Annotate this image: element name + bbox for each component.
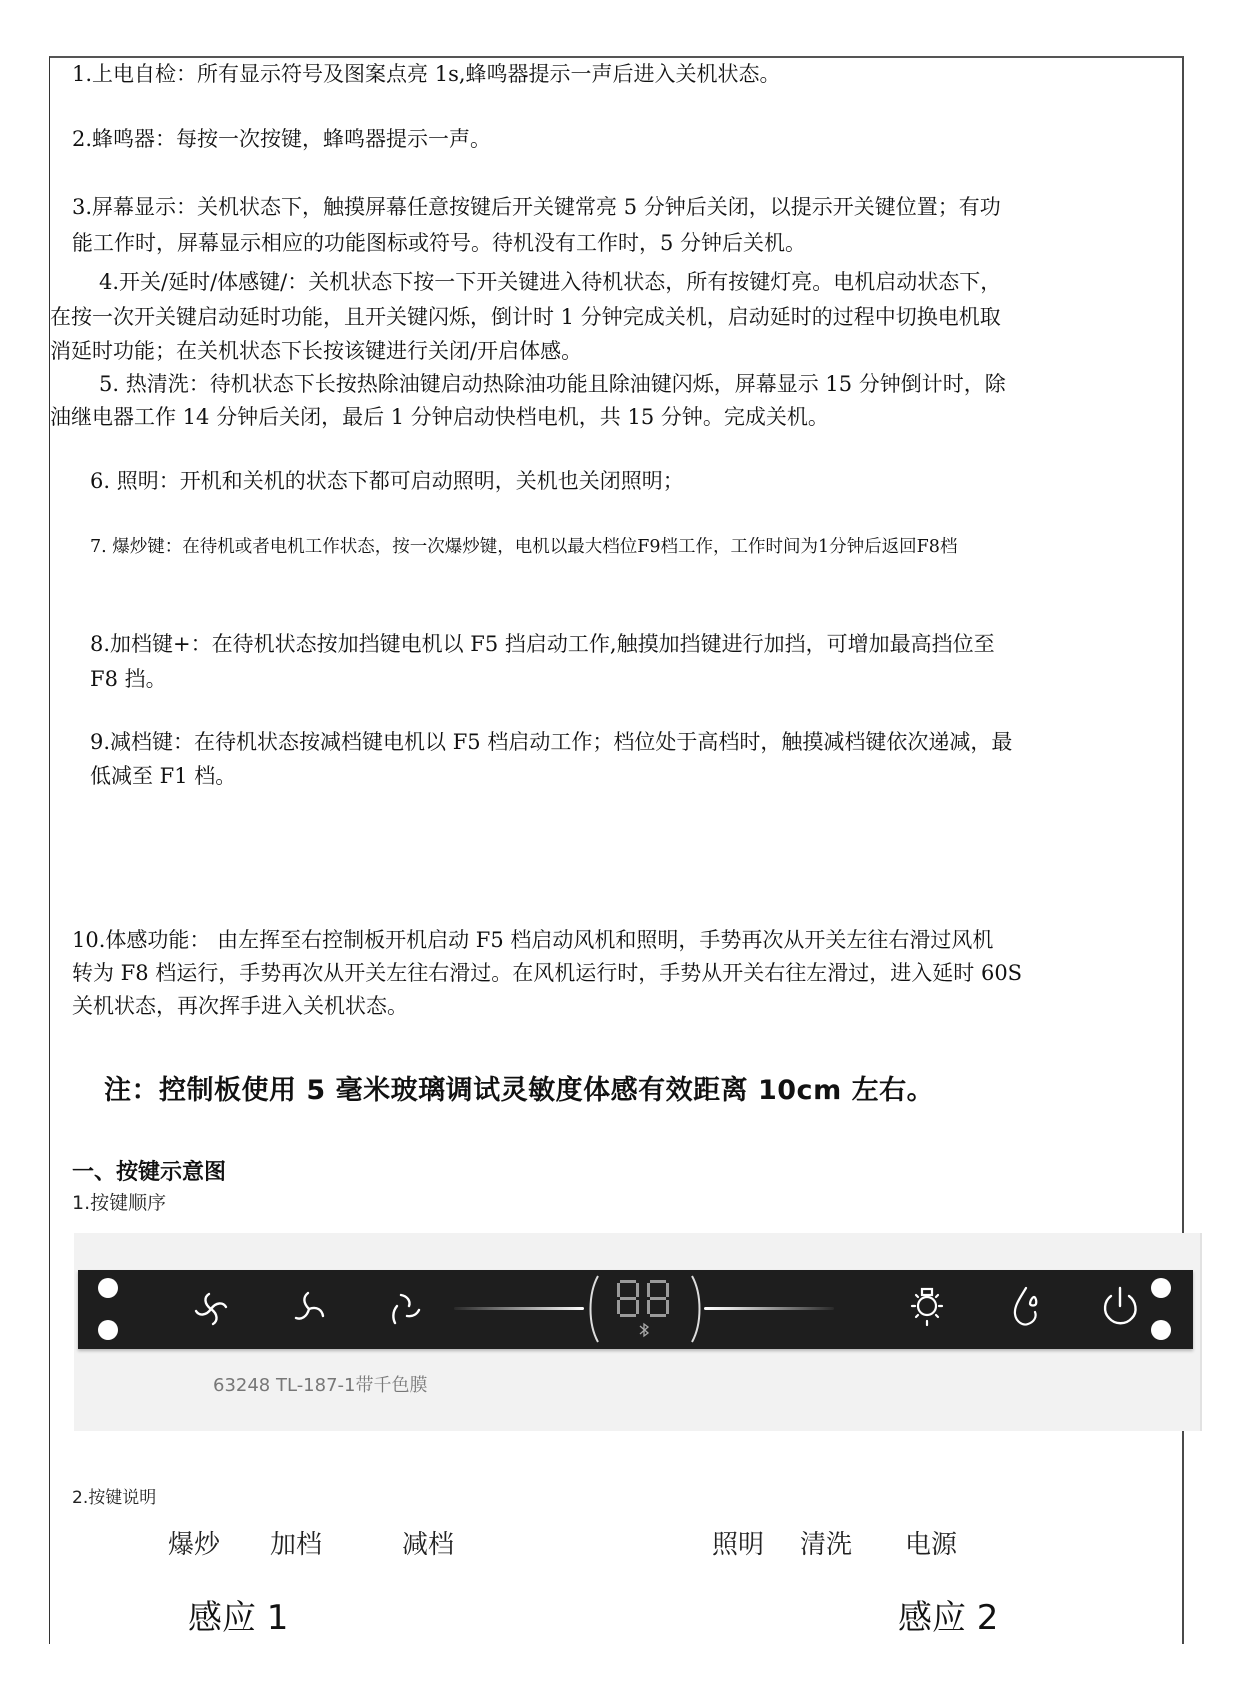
para-10-line-2: 转为 F8 档运行，手势再次从开关左往右滑过。在风机运行时，手势从开关右往左滑过… <box>72 958 1022 988</box>
para-3-line-2: 能工作时，屏幕显示相应的功能图标或符号。待机没有工作时，5 分钟后关机。 <box>72 228 806 258</box>
subsection-key-order: 1.按键顺序 <box>72 1188 166 1215</box>
sensor-dot-right-bottom <box>1151 1320 1171 1340</box>
para-8-line-2: F8 挡。 <box>90 664 167 694</box>
para-4-line-3: 消延时功能；在关机状态下长按该键进行关闭/开启体感。 <box>50 336 582 366</box>
section-title: 一、按键示意图 <box>72 1155 226 1186</box>
para-6-line-1: 6. 照明：开机和关机的状态下都可启动照明，关机也关闭照明； <box>90 466 684 496</box>
fan-speed-2-icon[interactable] <box>288 1288 330 1330</box>
seven-segment-display <box>584 1272 706 1347</box>
para-10-line-1: 10.体感功能： 由左挥至右控制板开机启动 F5 档启动风机和照明，手势再次从开… <box>72 925 993 955</box>
para-5-line-2: 油继电器工作 14 分钟后关闭，最后 1 分钟启动快档电机，共 15 分钟。完成… <box>50 402 829 432</box>
model-label: 63248 TL-187-1带千色膜 <box>213 1371 428 1397</box>
para-9-line-2: 低减至 F1 档。 <box>90 761 236 791</box>
sensor-dot-right-top <box>1151 1278 1171 1298</box>
power-icon[interactable] <box>1098 1284 1142 1330</box>
key-label-speed-down: 减档 <box>402 1524 454 1561</box>
control-panel <box>78 1270 1193 1349</box>
para-4-line-2: 在按一次开关键启动延时功能，且开关键闪烁，倒计时 1 分钟完成关机，启动延时的过… <box>50 302 1001 332</box>
light-bulb-icon[interactable] <box>907 1286 947 1330</box>
key-label-clean: 清洗 <box>800 1524 852 1561</box>
para-4-line-1: 4.开关/延时/体感键/：关机状态下按一下开关键进入待机状态，所有按键灯亮。电机… <box>99 267 1001 297</box>
para-7-line-1: 7. 爆炒键：在待机或者电机工作状态，按一次爆炒键，电机以最大档位F9档工作，工… <box>90 532 957 562</box>
control-panel-image: 63248 TL-187-1带千色膜 <box>74 1233 1202 1431</box>
sensor-1-label: 感应 1 <box>188 1590 288 1639</box>
key-label-speed-up: 加档 <box>270 1524 322 1561</box>
sensor-dot-left-bottom <box>98 1320 118 1340</box>
fan-speed-1-icon[interactable] <box>190 1288 232 1330</box>
subsection-key-description: 2.按键说明 <box>72 1483 156 1508</box>
sensitivity-note: 注：控制板使用 5 毫米玻璃调试灵敏度体感有效距离 10cm 左右。 <box>104 1068 934 1107</box>
key-label-boost: 爆炒 <box>168 1524 220 1561</box>
para-3-line-1: 3.屏幕显示：关机状态下，触摸屏幕任意按键后开关键常亮 5 分钟后关闭，以提示开… <box>72 192 1001 222</box>
oil-drop-clean-icon[interactable] <box>1006 1284 1046 1330</box>
divider-line-right <box>704 1307 834 1310</box>
sensor-dot-left-top <box>98 1278 118 1298</box>
para-1-line-1: 1.上电自检：所有显示符号及图案点亮 1s,蜂鸣器提示一声后进入关机状态。 <box>72 59 781 89</box>
divider-line-left <box>454 1307 584 1310</box>
fan-speed-3-icon[interactable] <box>383 1288 425 1330</box>
bluetooth-icon <box>640 1324 648 1336</box>
key-label-power: 电源 <box>905 1524 957 1561</box>
para-10-line-3: 关机状态，再次挥手进入关机状态。 <box>72 991 408 1021</box>
para-9-line-1: 9.减档键：在待机状态按减档键电机以 F5 档启动工作；档位处于高档时，触摸减档… <box>90 727 1012 757</box>
key-label-light: 照明 <box>712 1524 764 1561</box>
para-8-line-1: 8.加档键+：在待机状态按加挡键电机以 F5 挡启动工作,触摸加挡键进行加挡，可… <box>90 629 995 659</box>
sensor-2-label: 感应 2 <box>898 1590 998 1639</box>
para-2-line-1: 2.蜂鸣器：每按一次按键，蜂鸣器提示一声。 <box>72 124 491 154</box>
para-5-line-1: 5. 热清洗：待机状态下长按热除油键启动热除油功能且除油键闪烁，屏幕显示 15 … <box>99 369 1006 399</box>
